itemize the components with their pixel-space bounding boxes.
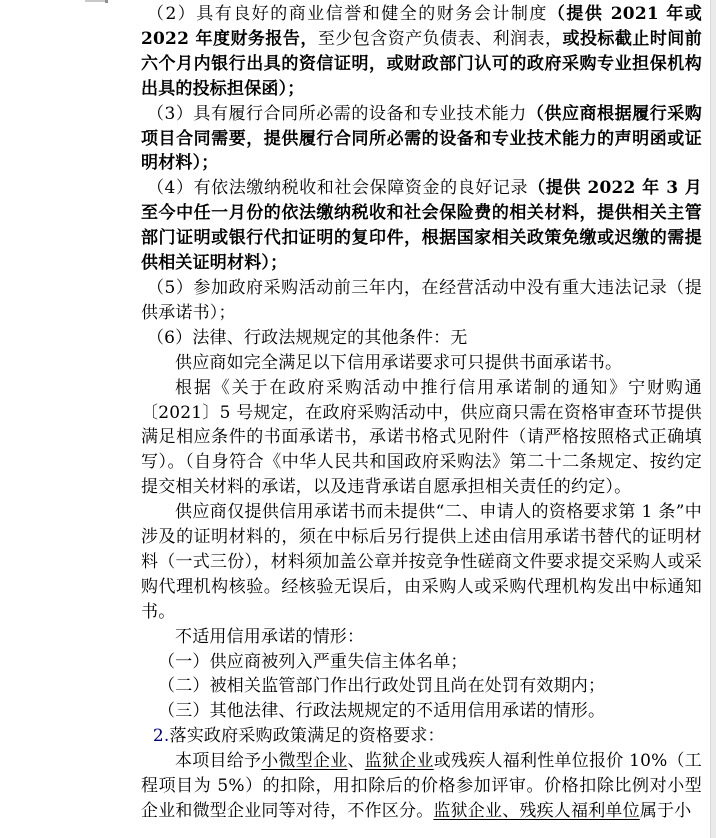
text-run: 监狱企业 [365, 751, 434, 771]
paragraph-qualification-item-3: （3）具有履行合同所必需的设备和专业技术能力（供应商根据履行采购项目合同需要，提… [141, 102, 702, 177]
text-run: 落实政府采购政策满足的资格要求： [170, 726, 445, 746]
text-run: （二）被相关监管部门作出行政处罚且尚在处罚有效期内； [158, 676, 605, 696]
text-run: （4）有依法缴纳税收和社会保障资金的良好记录 [147, 178, 528, 198]
paragraph-price-deduction: 本项目给予小微型企业、监狱企业或残疾人福利性单位报价 10%（工程项目为 5%）… [141, 749, 702, 824]
page-right-edge [710, 0, 716, 838]
text-run: （5）参加政府采购活动前三年内，在经营活动中没有重大违法记录（提供承诺书）； [141, 278, 702, 323]
text-run: 至少包含资产负债表、利润表， [318, 29, 563, 49]
paragraph-qualification-item-4: （4）有依法缴纳税收和社会保障资金的良好记录（提供 2022 年 3 月至今中任… [141, 176, 702, 276]
text-run: （6）法律、行政法规规定的其他条件：无 [147, 328, 468, 348]
text-run: 监狱企业、残疾人福利单位 [433, 801, 639, 821]
top-ui-fragment-tip [105, 0, 108, 3]
text-run: 供应商仅提供信用承诺书而未提供“二、申请人的资格要求第 1 条”中涉及的证明材料… [141, 502, 702, 622]
text-run: （2）具有良好的商业信誉和健全的财务会计制度 [147, 4, 548, 24]
paragraph-credit-commitment-policy: 根据《关于在政府采购活动中推行信用承诺制的通知》宁财购通〔2021〕5 号规定，… [141, 376, 702, 501]
paragraph-written-commitment: 供应商如完全满足以下信用承诺要求可只提供书面承诺书。 [141, 351, 702, 376]
paragraph-exception-2: （二）被相关监管部门作出行政处罚且尚在处罚有效期内； [141, 674, 702, 699]
text-run: （3）具有履行合同所必需的设备和专业技术能力 [147, 104, 527, 124]
paragraph-qualification-item-5: （5）参加政府采购活动前三年内，在经营活动中没有重大违法记录（提供承诺书）； [141, 276, 702, 326]
text-run: 属于小 [640, 801, 692, 821]
paragraph-commitment-verification: 供应商仅提供信用承诺书而未提供“二、申请人的资格要求第 1 条”中涉及的证明材料… [141, 500, 702, 625]
text-run: 供应商如完全满足以下信用承诺要求可只提供书面承诺书。 [175, 353, 622, 373]
paragraph-policy-clause-2: 2.落实政府采购政策满足的资格要求： [141, 724, 702, 749]
text-run: 2. [153, 726, 170, 746]
text-run: 不适用信用承诺的情形： [175, 627, 364, 647]
paragraph-exception-1: （一）供应商被列入严重失信主体名单； [141, 650, 702, 675]
text-run: 、 [348, 751, 365, 771]
top-ui-fragment [85, 0, 108, 2]
text-run: 本项目给予 [175, 751, 261, 771]
text-run: （一）供应商被列入严重失信主体名单； [158, 652, 468, 672]
document-text: （2）具有良好的商业信誉和健全的财务会计制度（提供 2021 年或 2022 年… [141, 2, 702, 824]
paragraph-qualification-item-6: （6）法律、行政法规规定的其他条件：无 [141, 326, 702, 351]
text-run: 根据《关于在政府采购活动中推行信用承诺制的通知》宁财购通〔2021〕5 号规定，… [141, 378, 702, 498]
paragraph-qualification-item-2: （2）具有良好的商业信誉和健全的财务会计制度（提供 2021 年或 2022 年… [141, 2, 702, 102]
text-run: 小微型企业 [261, 751, 347, 771]
paragraph-commitment-exceptions-title: 不适用信用承诺的情形： [141, 625, 702, 650]
paragraph-exception-3: （三）其他法律、行政法规规定的不适用信用承诺的情形。 [141, 699, 702, 724]
text-run: （三）其他法律、行政法规规定的不适用信用承诺的情形。 [158, 701, 605, 721]
document-page: （2）具有良好的商业信誉和健全的财务会计制度（提供 2021 年或 2022 年… [0, 0, 716, 838]
